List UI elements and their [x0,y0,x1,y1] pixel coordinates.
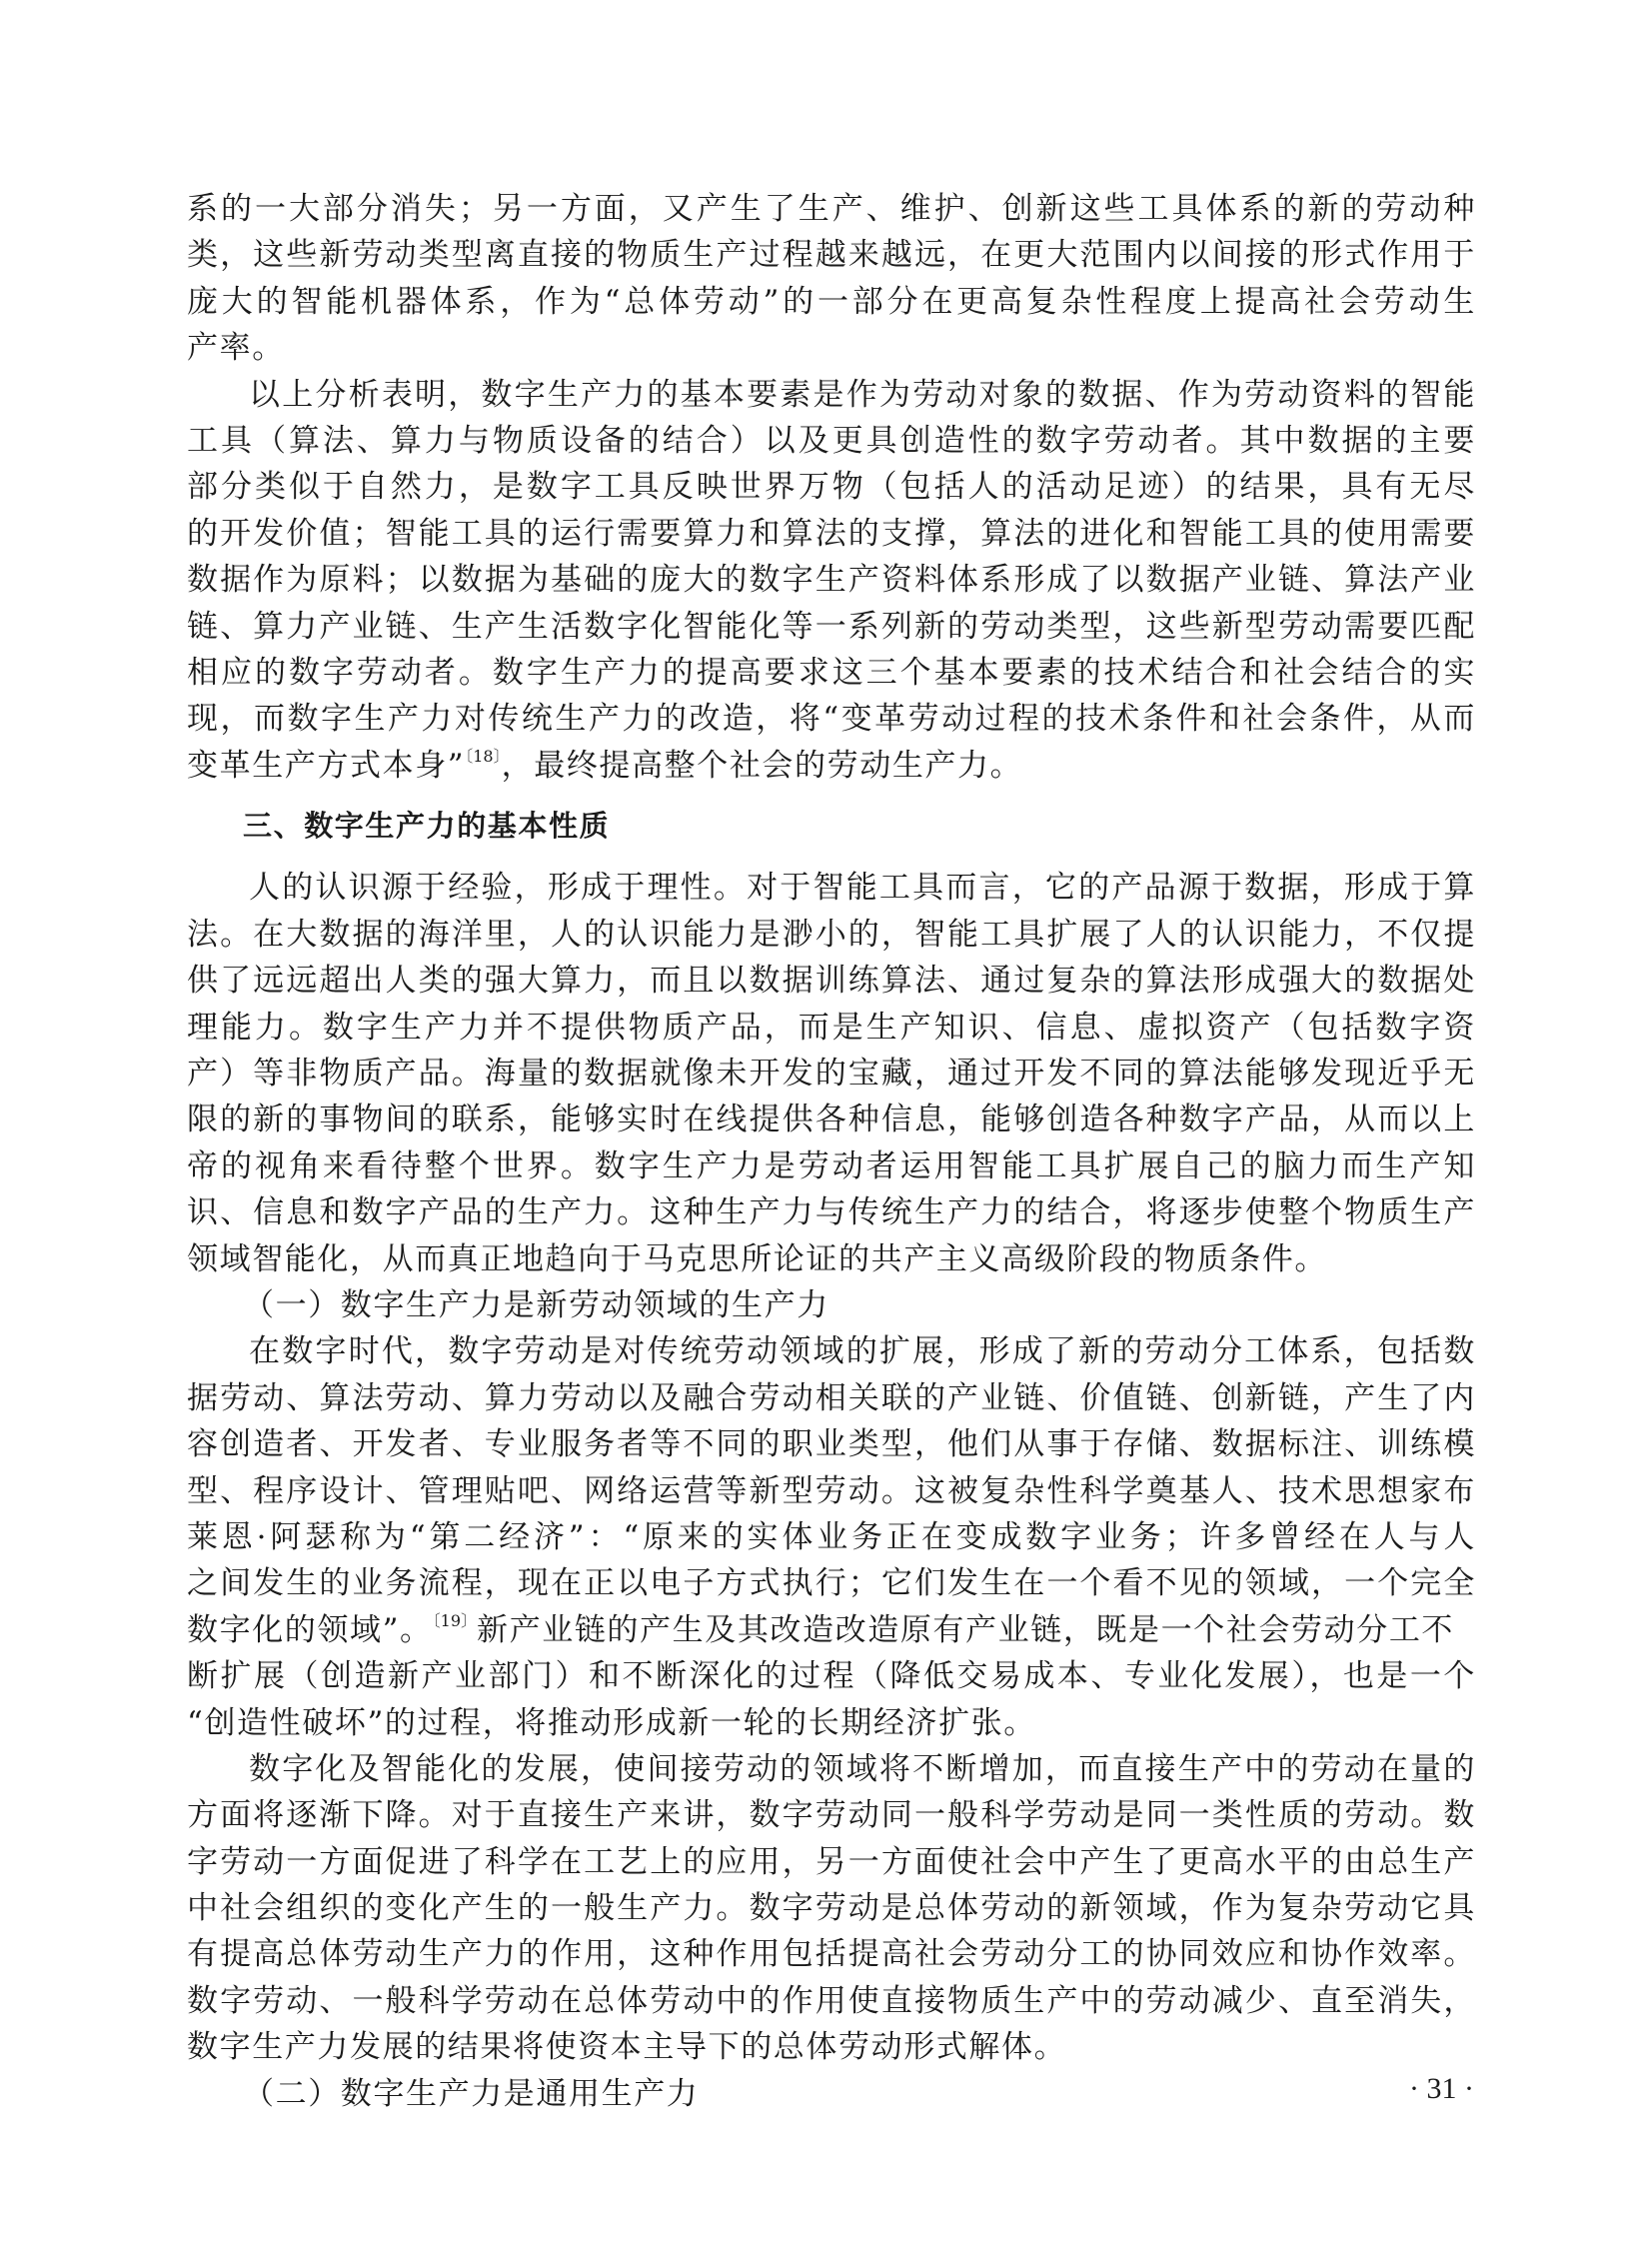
text-line: 限的新的事物间的联系，能够实时在线提供各种信息，能够创造各种数字产品，从而以上 [187,1097,1476,1142]
paragraph: 在数字时代，数字劳动是对传统劳动领域的扩展，形成了新的劳动分工体系，包括数 据劳… [187,1328,1476,1746]
text-line: 之间发生的业务流程，现在正以电子方式执行；它们发生在一个看不见的领域，一个完全 [187,1560,1476,1606]
text-line: 数字劳动、一般科学劳动在总体劳动中的作用使直接物质生产中的劳动减少、直至消失， [187,1978,1476,2024]
text-line: 类，这些新劳动类型离直接的物质生产过程越来越远，在更大范围内以间接的形式作用于 [187,232,1476,278]
text-line: 庞大的智能机器体系，作为“总体劳动”的一部分在更高复杂性程度上提高社会劳动生 [187,279,1476,325]
text-line: 方面将逐渐下降。对于直接生产来讲，数字劳动同一般科学劳动是同一类性质的劳动。数 [187,1792,1476,1838]
text-line: 数据作为原料；以数据为基础的庞大的数字生产资料体系形成了以数据产业链、算法产业 [187,557,1476,603]
text-span: 新产业链的产生及其改造改造原有产业链，既是一个社会劳动分工不 [477,1612,1454,1648]
paragraph: 数字化及智能化的发展，使间接劳动的领域将不断增加，而直接生产中的劳动在量的 方面… [187,1746,1476,2071]
text-line: 部分类似于自然力，是数字工具反映世界万物（包括人的活动足迹）的结果，具有无尽 [187,464,1476,510]
text-line: 断扩展（创造新产业部门）和不断深化的过程（降低交易成本、专业化发展），也是一个 [187,1653,1476,1699]
page-number: · 31 · [1409,2072,1474,2106]
text-line: 以上分析表明，数字生产力的基本要素是作为劳动对象的数据、作为劳动资料的智能 [187,372,1476,418]
text-line: 中社会组织的变化产生的一般生产力。数字劳动是总体劳动的新领域，作为复杂劳动它具 [187,1885,1476,1931]
subsection-heading: （二）数字生产力是通用生产力 [187,2071,1476,2117]
text-line: 供了远远超出人类的强大算力，而且以数据训练算法、通过复杂的算法形成强大的数据处 [187,958,1476,1004]
citation-ref[interactable]: 〔19〕 [433,1611,477,1630]
text-line: 现，而数字生产力对传统生产力的改造，将“变革劳动过程的技术条件和社会条件，从而 [187,696,1476,742]
section-heading: 三、数字生产力的基本性质 [187,803,1476,849]
text-line: 容创造者、开发者、专业服务者等不同的职业类型，他们从事于存储、数据标注、训练模 [187,1421,1476,1467]
text-line: 数字化的领域”。〔19〕新产业链的产生及其改造改造原有产业链，既是一个社会劳动分… [187,1607,1476,1653]
text-line: 据劳动、算法劳动、算力劳动以及融合劳动相关联的产业链、价值链、创新链，产生了内 [187,1375,1476,1421]
text-span: ，最终提高整个社会的劳动生产力。 [502,748,1023,784]
text-line: 领域智能化，从而真正地趋向于马克思所论证的共产主义高级阶段的物质条件。 [187,1236,1476,1282]
text-line: 理能力。数字生产力并不提供物质产品，而是生产知识、信息、虚拟资产（包括数字资 [187,1005,1476,1051]
paragraph: 以上分析表明，数字生产力的基本要素是作为劳动对象的数据、作为劳动资料的智能 工具… [187,372,1476,790]
text-line: 识、信息和数字产品的生产力。这种生产力与传统生产力的结合，将逐步使整个物质生产 [187,1189,1476,1235]
text-line: 字劳动一方面促进了科学在工艺上的应用，另一方面使社会中产生了更高水平的由总生产 [187,1839,1476,1885]
text-line: 工具（算法、算力与物质设备的结合）以及更具创造性的数字劳动者。其中数据的主要 [187,418,1476,464]
text-line: 相应的数字劳动者。数字生产力的提高要求这三个基本要素的技术结合和社会结合的实 [187,650,1476,696]
text-line: 法。在大数据的海洋里，人的认识能力是渺小的，智能工具扩展了人的认识能力，不仅提 [187,912,1476,958]
text-line: 系的一大部分消失；另一方面，又产生了生产、维护、创新这些工具体系的新的劳动种 [187,186,1476,232]
paragraph: 系的一大部分消失；另一方面，又产生了生产、维护、创新这些工具体系的新的劳动种 类… [187,186,1476,372]
article-page: 系的一大部分消失；另一方面，又产生了生产、维护、创新这些工具体系的新的劳动种 类… [187,186,1476,2117]
citation-ref[interactable]: 〔18〕 [465,747,501,766]
text-span: 数字化的领域”。 [187,1612,433,1648]
text-line: 数字生产力发展的结果将使资本主导下的总体劳动形式解体。 [187,2024,1476,2070]
subsection-heading: （一）数字生产力是新劳动领域的生产力 [187,1282,1476,1328]
text-line: “创造性破坏”的过程，将推动形成新一轮的长期经济扩张。 [187,1700,1476,1746]
paragraph: 人的认识源于经验，形成于理性。对于智能工具而言，它的产品源于数据，形成于算 法。… [187,865,1476,1282]
text-line: 产）等非物质产品。海量的数据就像未开发的宝藏，通过开发不同的算法能够发现近乎无 [187,1051,1476,1097]
text-line: 的开发价值；智能工具的运行需要算力和算法的支撑，算法的进化和智能工具的使用需要 [187,511,1476,557]
text-line: 产率。 [187,325,1476,371]
text-line: 在数字时代，数字劳动是对传统劳动领域的扩展，形成了新的劳动分工体系，包括数 [187,1328,1476,1374]
text-line: 链、算力产业链、生产生活数字化智能化等一系列新的劳动类型，这些新型劳动需要匹配 [187,604,1476,650]
text-span: 变革生产方式本身” [187,748,465,784]
text-line: 莱恩·阿瑟称为“第二经济”：“原来的实体业务正在变成数字业务；许多曾经在人与人 [187,1514,1476,1560]
text-line: 数字化及智能化的发展，使间接劳动的领域将不断增加，而直接生产中的劳动在量的 [187,1746,1476,1792]
text-line: 帝的视角来看待整个世界。数字生产力是劳动者运用智能工具扩展自己的脑力而生产知 [187,1143,1476,1189]
text-line: 型、程序设计、管理贴吧、网络运营等新型劳动。这被复杂性科学奠基人、技术思想家布 [187,1468,1476,1514]
text-line: 有提高总体劳动生产力的作用，这种作用包括提高社会劳动分工的协同效应和协作效率。 [187,1931,1476,1977]
text-line: 人的认识源于经验，形成于理性。对于智能工具而言，它的产品源于数据，形成于算 [187,865,1476,911]
text-line: 变革生产方式本身”〔18〕，最终提高整个社会的劳动生产力。 [187,743,1476,789]
